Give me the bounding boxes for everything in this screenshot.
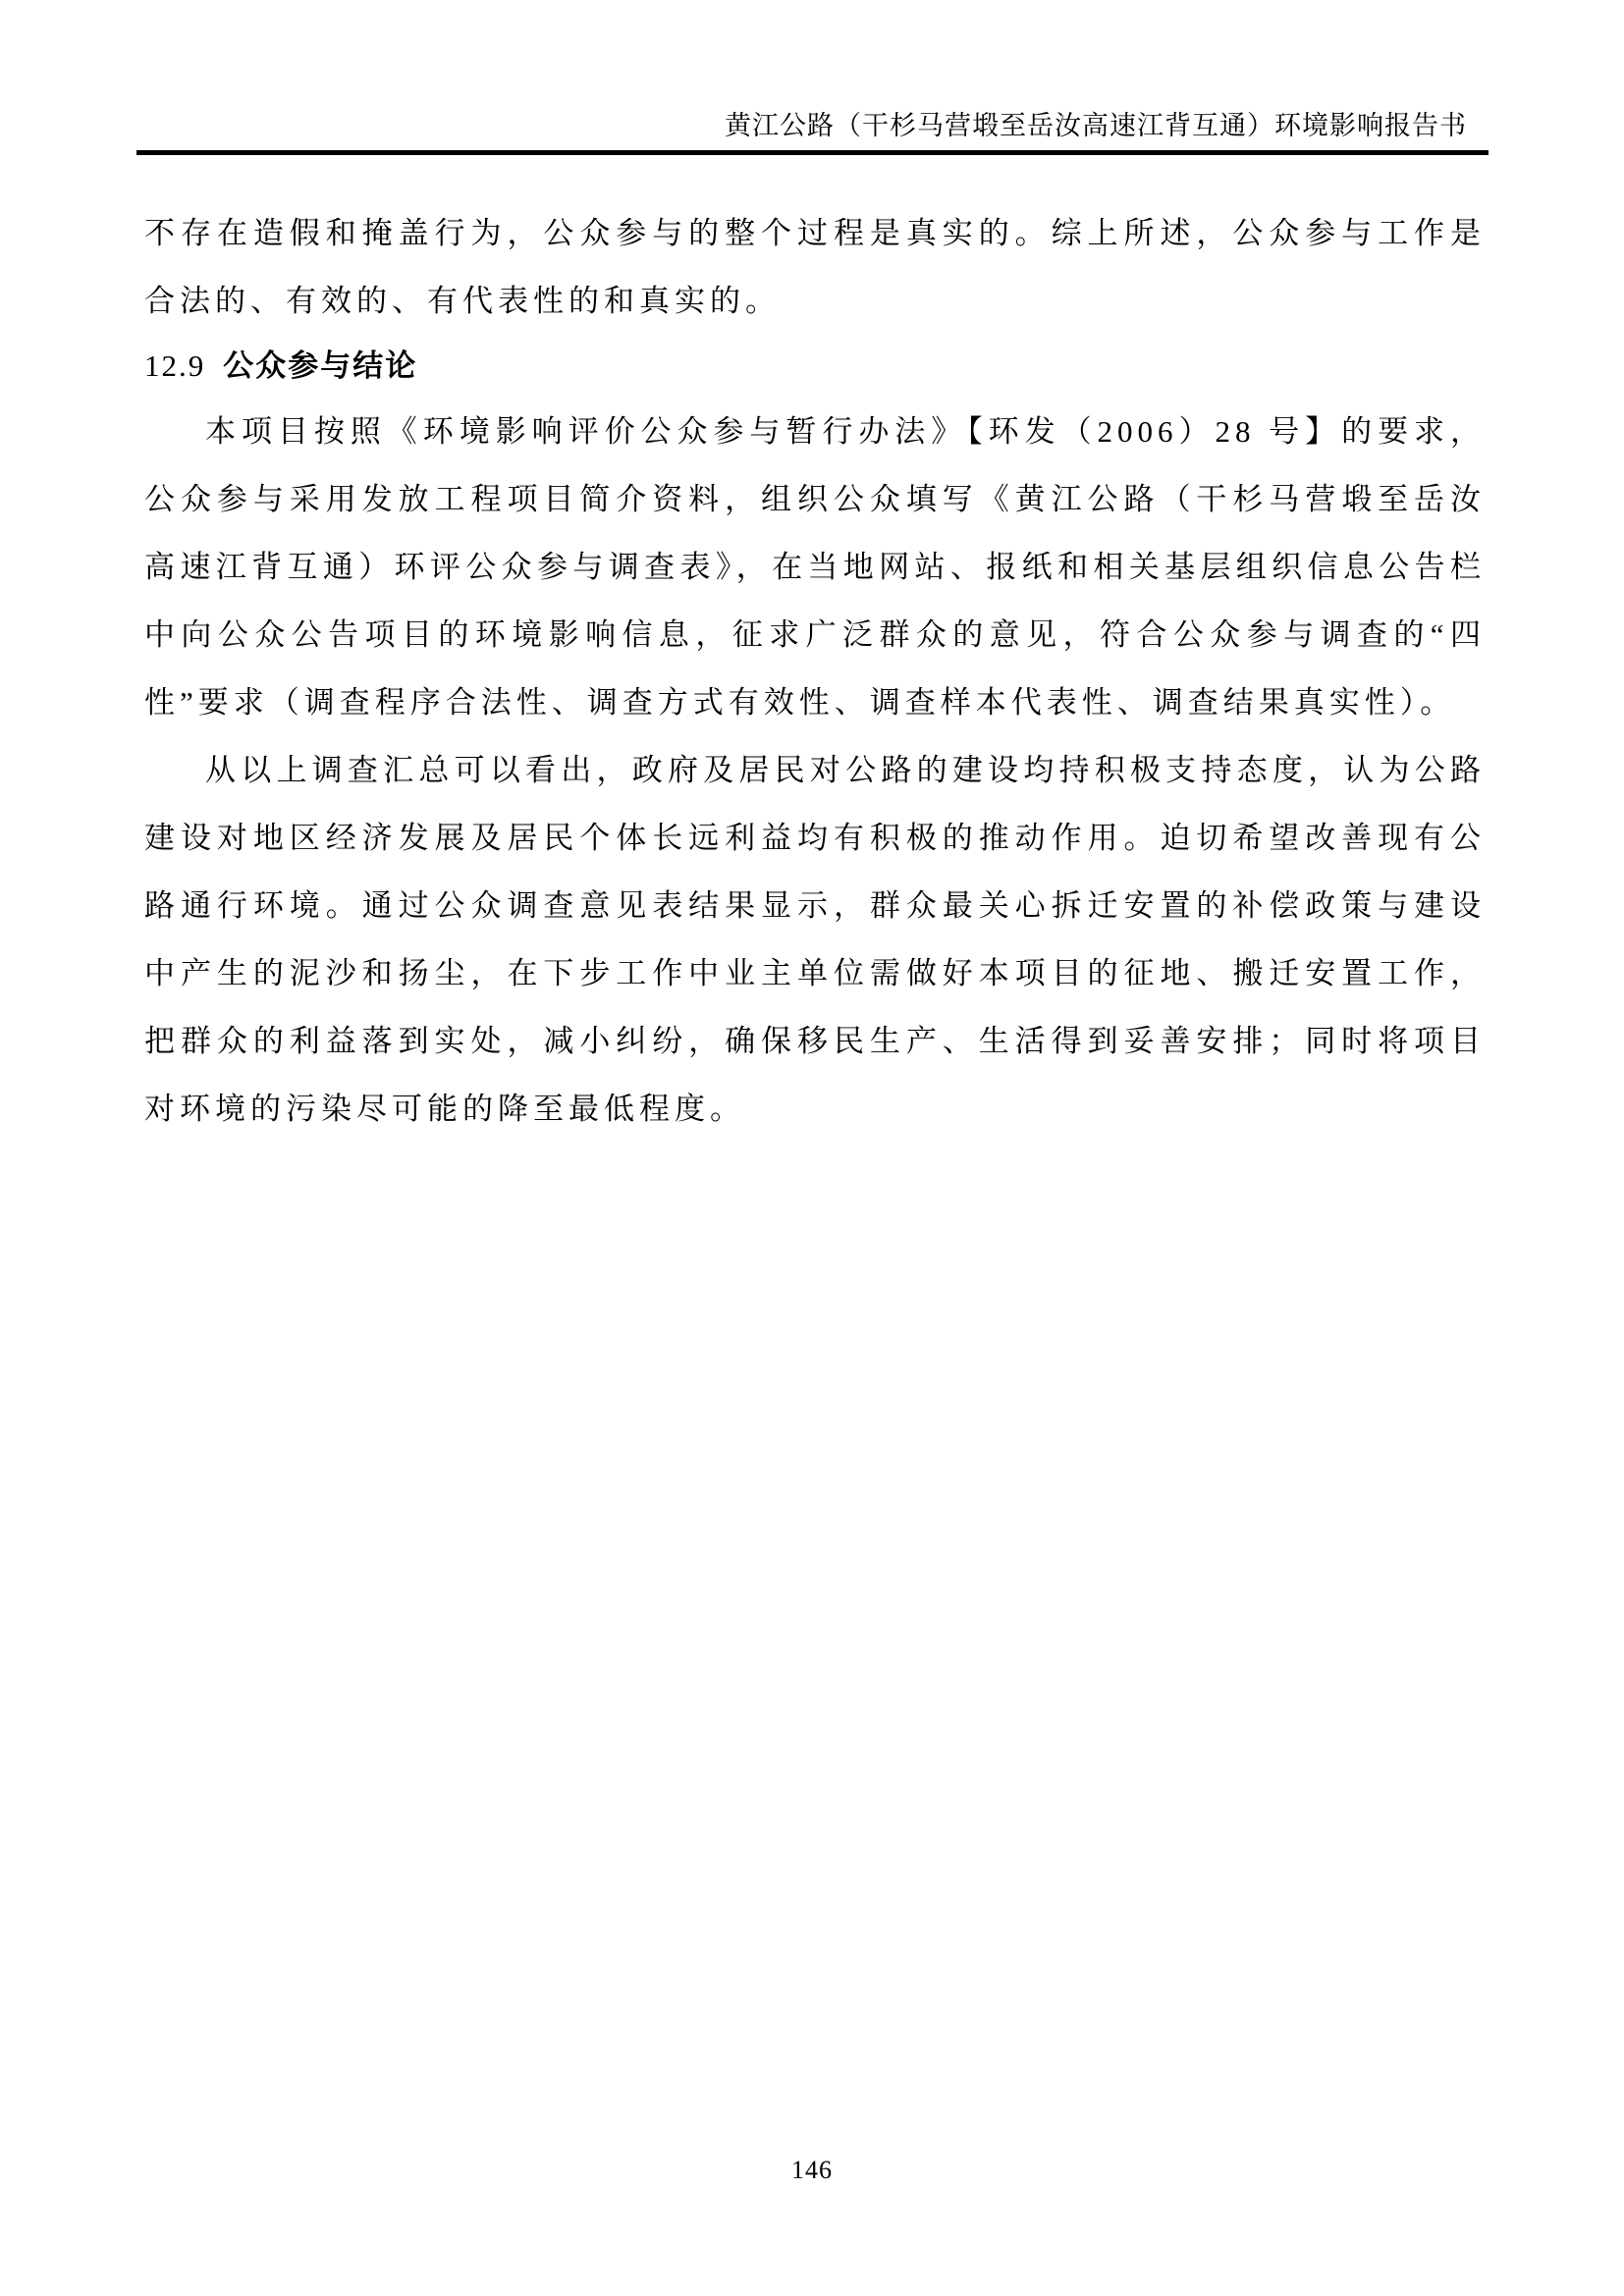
paragraph-participation-method: 本项目按照《环境影响评价公众参与暂行办法》【环发（2006）28 号】的要求，公… bbox=[144, 398, 1486, 736]
paragraph-survey-summary: 从以上调查汇总可以看出，政府及居民对公路的建设均持积极支持态度，认为公路建设对地… bbox=[144, 736, 1486, 1143]
page-header: 黄江公路（干杉马营塅至岳汝高速江背互通）环境影响报告书 bbox=[136, 104, 1489, 155]
section-title: 公众参与结论 bbox=[223, 348, 417, 383]
paragraph-conclusion-authenticity: 不存在造假和掩盖行为，公众参与的整个过程是真实的。综上所述，公众参与工作是合法的… bbox=[144, 199, 1486, 335]
section-number: 12.9 bbox=[144, 348, 205, 383]
section-heading: 12.9公众参与结论 bbox=[144, 335, 1486, 398]
document-body: 不存在造假和掩盖行为，公众参与的整个过程是真实的。综上所述，公众参与工作是合法的… bbox=[144, 199, 1486, 1143]
header-rule bbox=[136, 150, 1489, 155]
header-title: 黄江公路（干杉马营塅至岳汝高速江背互通）环境影响报告书 bbox=[136, 104, 1489, 150]
page-number: 146 bbox=[0, 2156, 1624, 2185]
document-page: 黄江公路（干杉马营塅至岳汝高速江背互通）环境影响报告书 不存在造假和掩盖行为，公… bbox=[0, 0, 1624, 2296]
